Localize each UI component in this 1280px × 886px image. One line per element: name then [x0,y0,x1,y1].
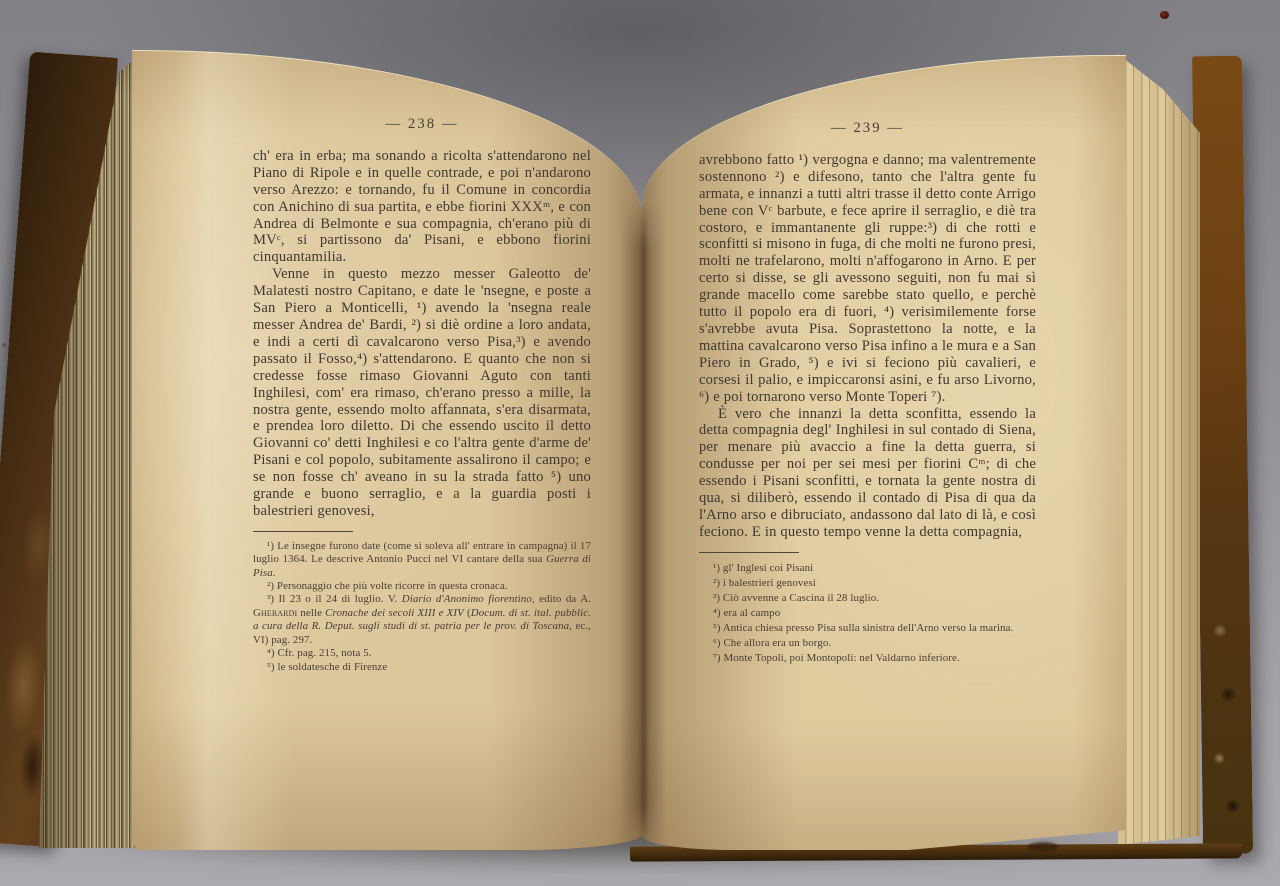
paragraph: avrebbono fatto ¹) vergogna e danno; ma … [699,152,1036,406]
footnote-rule [699,552,799,553]
left-page-text-column: — 238 — ch' era in erba; ma sonando a ri… [253,116,591,674]
right-page-text-column: — 239 — avrebbono fatto ¹) vergogna e da… [699,120,1036,666]
footnote-line: ³) Ciò avvenne a Cascina il 28 luglio. [699,591,1036,606]
page-number-header-239: — 239 — [699,120,1036,137]
footnote-line: ¹) Le insegne furono date (come si solev… [253,540,591,580]
book-photo: — 238 — ch' era in erba; ma sonando a ri… [0,0,1280,886]
footnote-line: ⁴) era al campo [699,606,1036,621]
paragraph: Venne in questo mezzo messer Galeotto de… [253,266,591,520]
gutter-shadow [620,202,666,850]
footnote-line: ¹) gl' Inglesi coi Pisani [699,561,1036,576]
footnote-line: ⁴) Cfr. pag. 215, nota 5. [253,647,591,660]
page-edge-stain [1028,842,1058,851]
footnote-line: ³) Il 23 o il 24 di luglio. V. Diario d'… [253,593,591,647]
footnote-line: ⁵) le soldatesche di Firenze [253,661,591,674]
footnote-rule [253,531,353,532]
page-number-header-238: — 238 — [253,116,591,133]
paragraph: ch' era in erba; ma sonando a ricolta s'… [253,148,591,266]
red-speck [1160,11,1169,19]
footnote-line: ⁶) Che allora era un borgo. [699,636,1036,651]
footnote-line: ⁵) Antica chiesa presso Pisa sulla sinis… [699,621,1036,636]
footnote-line: ⁷) Monte Topoli, poi Montopoli: nel Vald… [699,651,1036,666]
dust-speck [2,343,6,347]
right-page-edge-stack [1118,54,1200,844]
footnote-line: ²) i balestrieri genovesi [699,576,1036,591]
paragraph: È vero che innanzi la detta sconfitta, e… [699,406,1036,541]
footnote-line: ²) Personaggio che più volte ricorre in … [253,580,591,593]
